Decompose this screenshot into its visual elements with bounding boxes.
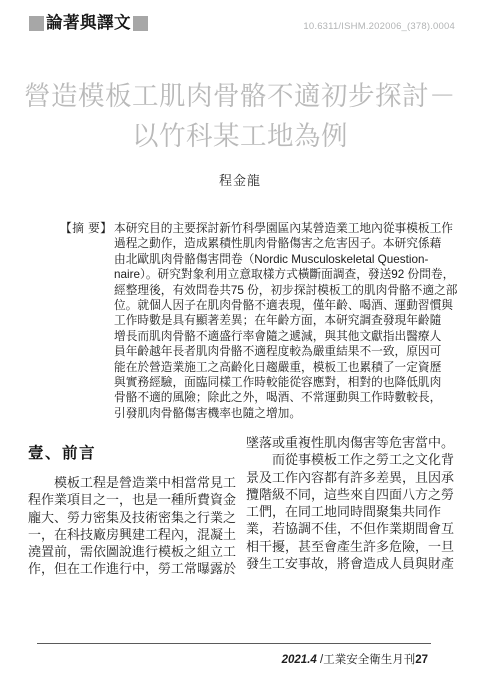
abstract-label: 【摘 要】 <box>60 221 113 236</box>
author-name: 程金龍 <box>0 170 480 189</box>
square-marker-icon <box>133 16 148 31</box>
abstract-line: 過程之動作，造成累積性肌肉骨骼傷害之危害因子。本研究係藉 <box>114 236 412 251</box>
square-marker-icon <box>29 16 44 31</box>
body-line: 工們，在同工地同時間聚集共同作 <box>246 503 454 520</box>
body-line: 一，在科技廠房興建工程內，混凝土 <box>28 526 236 543</box>
footer-journal-name: /工業安全衛生月刊 <box>317 654 415 666</box>
body-line: 而從事模板工作之勞工之文化背 <box>246 451 454 468</box>
article-title-line1: 營造模板工肌肉骨骼不適初步探討－ <box>0 76 480 116</box>
abstract-line: 與實務經驗，面臨同樣工作時較能從容應對，相對的也降低肌肉 <box>114 375 412 390</box>
article-title-line2: 以竹科某工地為例 <box>0 116 480 156</box>
article-page: 論著與譯文 10.6311/ISHM.202006_(378).0004 營造模… <box>0 0 480 680</box>
category-label: 論著與譯文 <box>44 13 133 33</box>
body-line: 龐大、勞力密集及技術密集之行業之 <box>28 509 236 526</box>
abstract-line: 由北歐肌肉骨骼傷害問卷（Nordic Musculoskeletal Quest… <box>114 252 412 267</box>
abstract-line: 引發肌肉骨骼傷害機率也隨之增加。 <box>114 406 412 421</box>
body-line: 模板工程是營造業中相當常見工 <box>28 474 236 491</box>
section-heading: 壹、前言 <box>28 441 96 463</box>
footer-rule <box>37 643 431 644</box>
body-line: 業，若協調不佳，不但作業期間會互 <box>246 520 454 537</box>
body-line: 攬階級不同，這些來自四面八方之勞 <box>246 486 454 503</box>
abstract-line: 員年齡越年長者肌肉骨骼不適程度較為嚴重結果不一致，原因可 <box>114 344 412 359</box>
footer-issue: 2021.4 <box>282 654 317 666</box>
body-line: 發生工安事故，將會造成人員與財產 <box>246 555 454 572</box>
abstract-line: 骨骼不適的風險；除此之外，喝酒、不常運動與工作時數較長， <box>114 390 412 405</box>
abstract-line: 工作時數是具有顯著差異；在年齡方面，本研究調查發現年齡隨 <box>114 313 412 328</box>
body-line: 景及工作內容都有許多差異，且因承 <box>246 469 454 486</box>
body-line: 墜落或重複性肌肉傷害等危害當中。 <box>246 434 454 451</box>
body-line: 相干擾，甚至會產生許多危險，一旦 <box>246 538 454 555</box>
body-column-right: 墜落或重複性肌肉傷害等危害當中。 而從事模板工作之勞工之文化背 景及工作內容都有… <box>246 434 454 572</box>
abstract-block: 【摘 要】 本研究目的主要探討新竹科學園區內某營造業工地內從事模板工作 過程之動… <box>60 221 412 421</box>
footer-text: 2021.4 /工業安全衛生月刊27 <box>282 651 428 667</box>
doi-text: 10.6311/ISHM.202006_(378).0004 <box>303 21 455 32</box>
abstract-line: 經整理後，有效問卷共75 份，初步探討模板工的肌肉骨骼不適之部 <box>114 283 412 298</box>
body-line: 作，但在工作進行中，勞工常曝露於 <box>28 560 236 577</box>
footer-page-number: 27 <box>415 654 428 666</box>
article-title: 營造模板工肌肉骨骼不適初步探討－ 以竹科某工地為例 <box>0 76 480 156</box>
body-column-left: 模板工程是營造業中相當常見工 程作業項目之一，也是一種所費資金 龐大、勞力密集及… <box>28 474 236 578</box>
abstract-line: 能在於營造業施工之高齡化日趨嚴重，模板工也累積了一定資歷 <box>114 360 412 375</box>
category-header: 論著與譯文 <box>29 13 148 33</box>
body-line: 程作業項目之一，也是一種所費資金 <box>28 491 236 508</box>
abstract-line: naire）。研究對象利用立意取樣方式橫斷面調查，發送92 份問卷， <box>114 267 412 282</box>
abstract-line: 本研究目的主要探討新竹科學園區內某營造業工地內從事模板工作 <box>114 221 412 236</box>
abstract-line: 增長而肌肉骨骼不適盛行率會隨之遞減，與其他文獻指出醫療人 <box>114 329 412 344</box>
body-line: 澆置前，需依圖說進行模板之組立工 <box>28 543 236 560</box>
abstract-line: 位。就個人因子在肌肉骨骼不適表現，僅年齡、喝酒、運動習慣與 <box>114 298 412 313</box>
